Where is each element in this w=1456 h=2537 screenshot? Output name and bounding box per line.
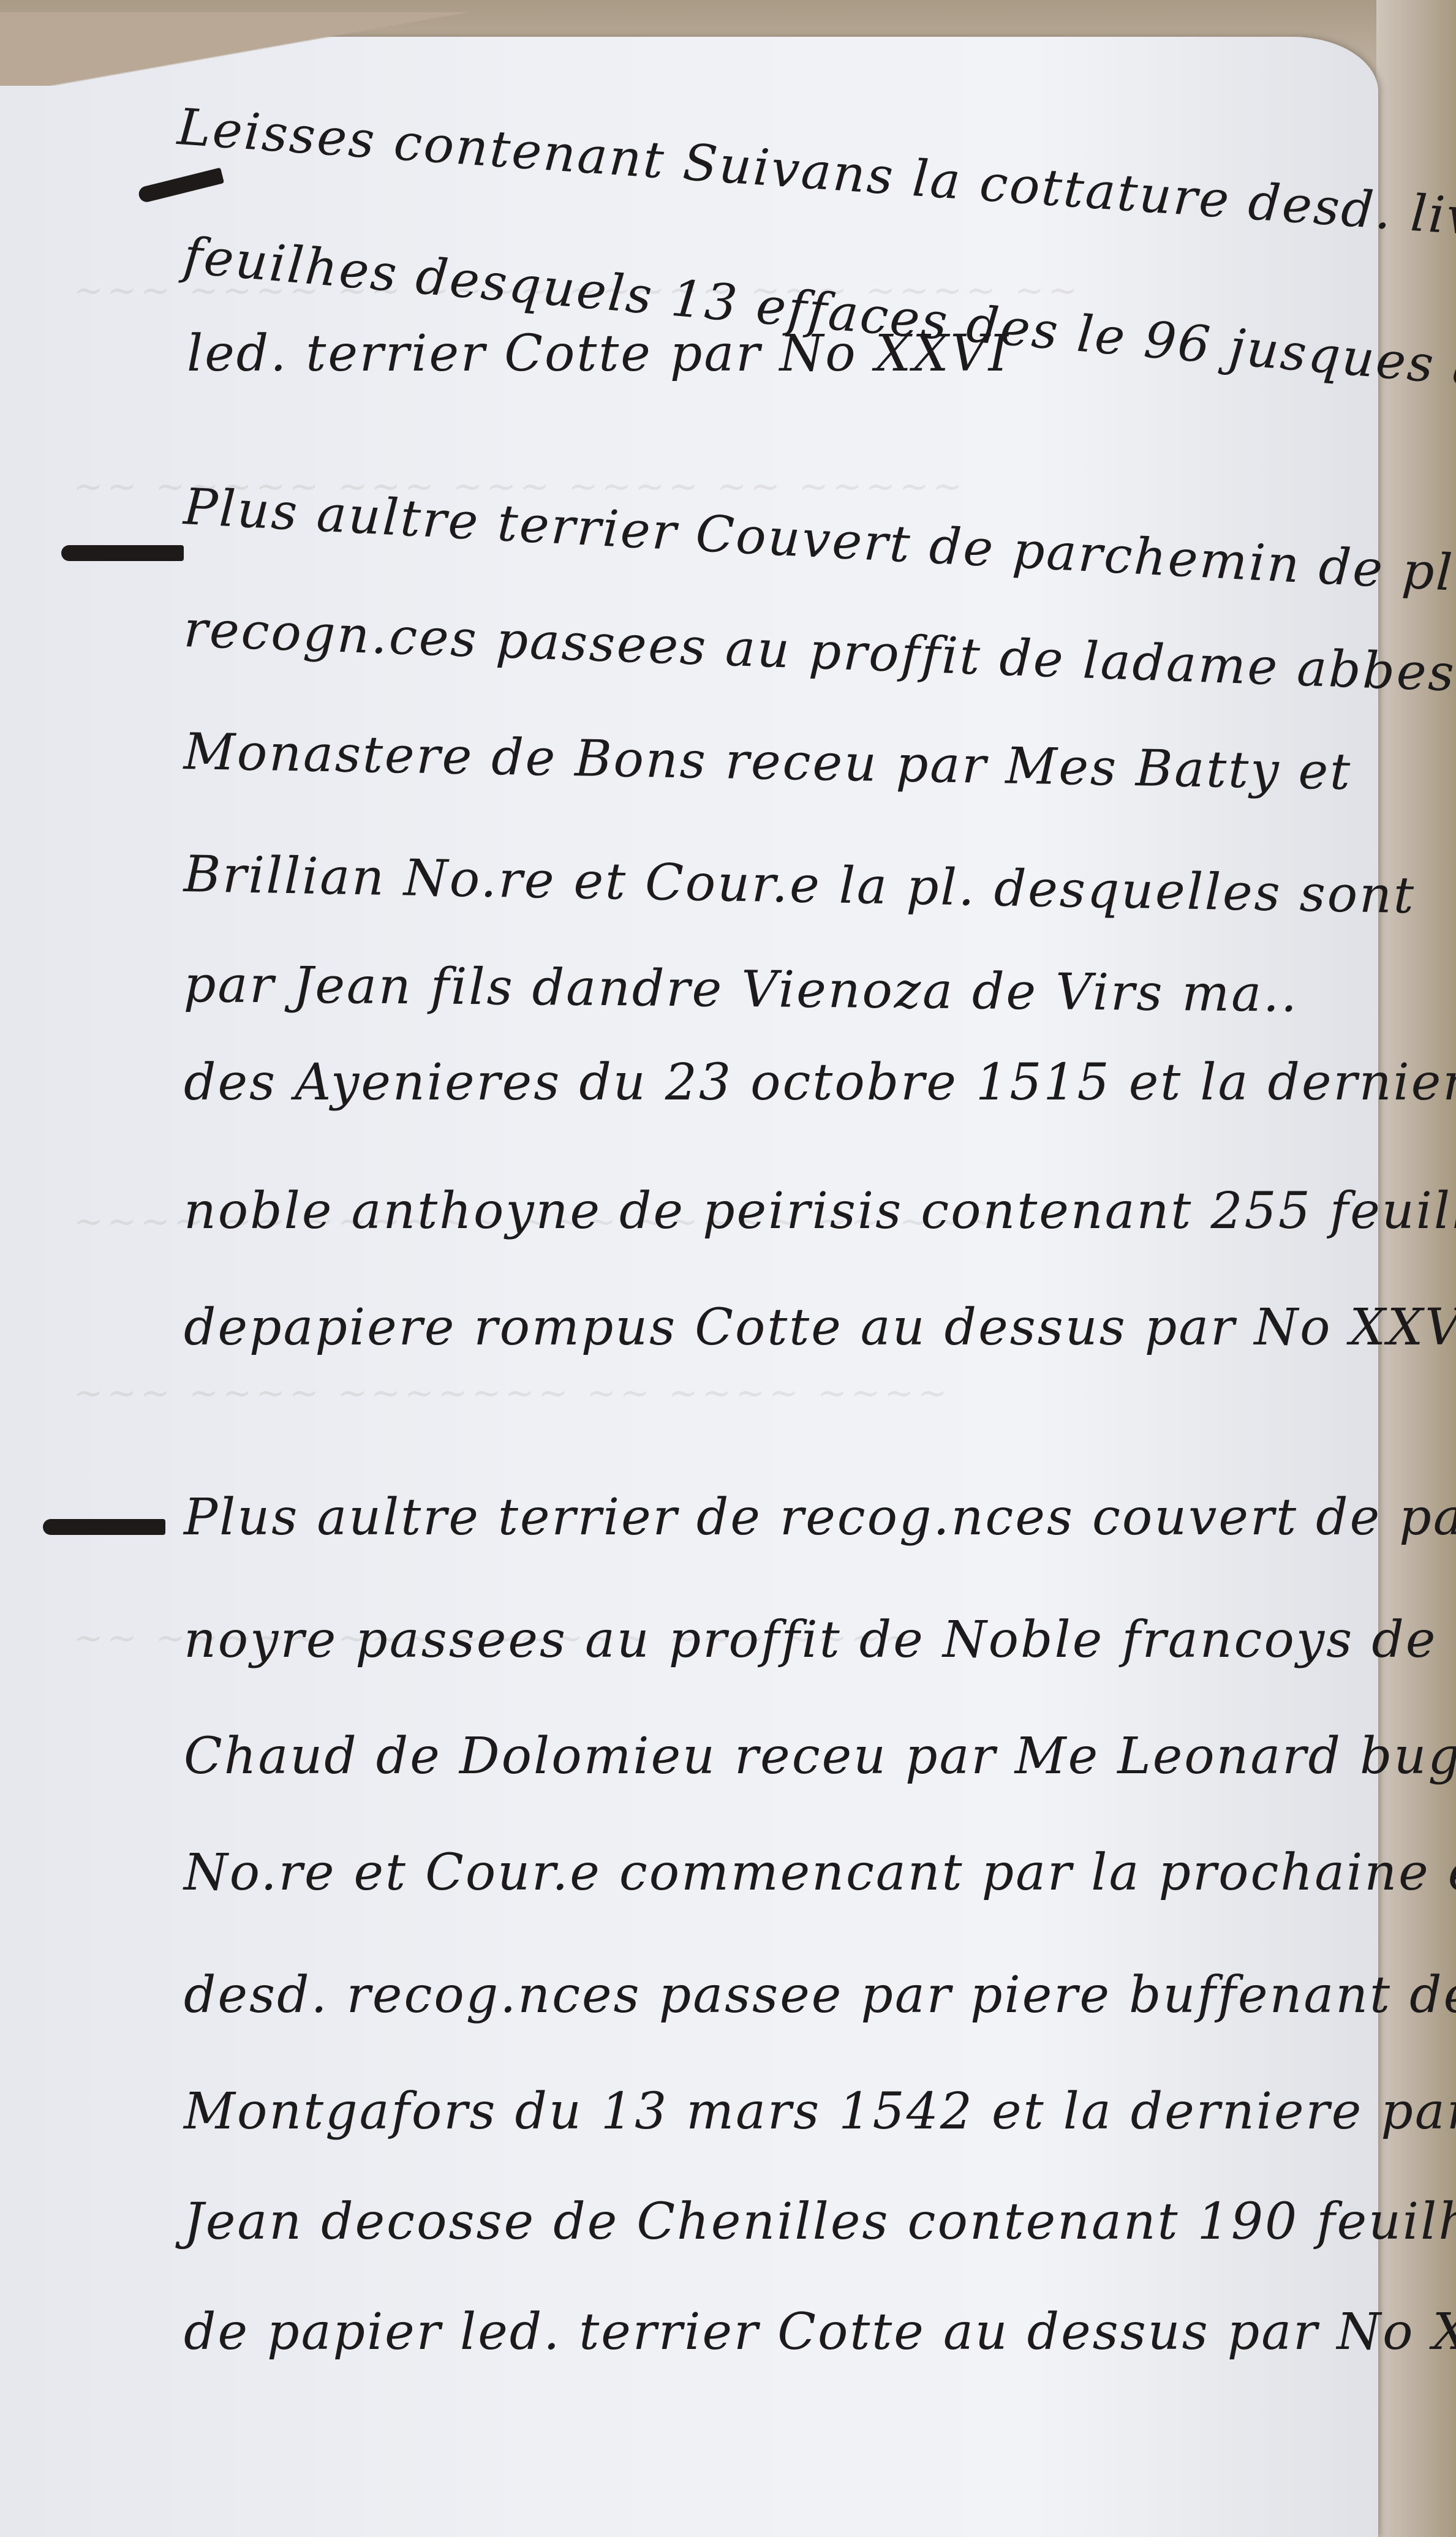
paragraph-mark-icon <box>137 167 224 203</box>
text-line: desd. recog.nces passee par piere buffen… <box>184 1966 1456 2024</box>
bleed-through-text: ~~~ ~~~~ ~~~~~~~ ~~ ~~~~ ~~~~ <box>74 1372 1292 1414</box>
paragraph-mark-icon <box>61 545 184 561</box>
text-line: Chaud de Dolomieu receu par Me Leonard b… <box>184 1727 1456 1785</box>
text-line: noyre passees au proffit de Noble franco… <box>184 1611 1437 1669</box>
text-line: Plus aultre terrier de recog.nces couver… <box>184 1488 1456 1547</box>
manuscript-page: ~~~ ~~~~ ~~ ~~~~ ~~~~~ ~~~ ~~~~ ~~ ~~ ~~… <box>0 37 1378 2537</box>
text-line: led. terrier Cotte par No XXVI <box>187 325 1010 383</box>
text-line: Brillian No.re et Cour.e la pl. desquell… <box>183 845 1416 925</box>
text-line: recogn.ces passees au proffit de ladame … <box>183 600 1456 708</box>
text-line: noble anthoyne de peirisis contenant 255… <box>184 1182 1456 1240</box>
paragraph-mark-icon <box>43 1519 165 1535</box>
text-line: Leisses contenant Suivans la cottature d… <box>176 98 1456 253</box>
text-line: No.re et Cour.e commencant par la procha… <box>184 1844 1456 1902</box>
text-line: Monastere de Bons receu par Mes Batty et <box>183 723 1352 801</box>
text-line: par Jean fils dandre Vienoza de Virs ma.… <box>184 956 1299 1023</box>
text-line: Montgafors du 13 mars 1542 et la dernier… <box>184 2083 1456 2141</box>
text-line: des Ayenieres du 23 octobre 1515 et la d… <box>184 1054 1456 1112</box>
text-line: Jean decosse de Chenilles contenant 190 … <box>184 2193 1456 2251</box>
text-line: depapiere rompus Cotte au dessus par No … <box>184 1299 1456 1357</box>
text-line: de papier led. terrier Cotte au dessus p… <box>184 2303 1456 2361</box>
